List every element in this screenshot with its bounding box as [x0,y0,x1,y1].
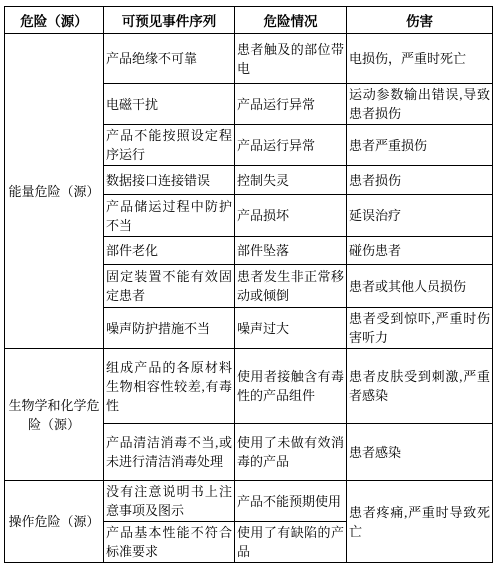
cell-hazardous-situation: 使用了未做有效消毒的产品 [235,424,347,481]
cell-hazardous-situation: 产品不能预期使用 [235,481,347,522]
header-harm: 伤害 [347,7,493,34]
cell-event-sequence: 数据接口连接错误 [104,166,235,195]
document-page: 危险（源） 可预见事件序列 危险情况 伤害 能量危险（源） 产品绝缘不可靠 患者… [0,0,497,563]
cell-harm: 患者严重损伤 [347,125,493,166]
group-label-bio-chemical-hazard: 生物学和化学危险（源） [5,349,104,481]
cell-harm: 延误治疗 [347,195,493,237]
cell-harm: 患者损伤 [347,166,493,195]
cell-event-sequence: 产品绝缘不可靠 [104,34,235,84]
cell-hazardous-situation: 患者发生非正常移动或倾倒 [235,265,347,308]
cell-hazardous-situation: 产品运行异常 [235,125,347,166]
cell-hazardous-situation: 噪声过大 [235,308,347,349]
cell-event-sequence: 噪声防护措施不当 [104,308,235,349]
cell-event-sequence: 产品清洁消毒不当,或未进行清洁消毒处理 [104,424,235,481]
cell-harm-merged: 患者疼痛,严重时导致死亡 [347,481,493,563]
table-row: 操作危险（源） 没有注意说明书上注意事项及图示 产品不能预期使用 患者疼痛,严重… [5,481,493,522]
cell-hazardous-situation: 使用了有缺陷的产品 [235,522,347,563]
cell-event-sequence: 产品储运过程中防护不当 [104,195,235,237]
header-hazardous-situation: 危险情况 [235,7,347,34]
cell-event-sequence: 部件老化 [104,237,235,265]
cell-harm: 碰伤患者 [347,237,493,265]
cell-event-sequence: 产品不能按照设定程序运行 [104,125,235,166]
cell-event-sequence: 组成产品的各原材料生物相容性较差,有毒性 [104,349,235,424]
group-label-operation-hazard: 操作危险（源） [5,481,104,563]
cell-event-sequence: 电磁干扰 [104,84,235,125]
cell-harm: 患者或其他人员损伤 [347,265,493,308]
cell-hazardous-situation: 产品运行异常 [235,84,347,125]
cell-hazardous-situation: 部件坠落 [235,237,347,265]
cell-hazardous-situation: 使用者接触含有毒性的产品组件 [235,349,347,424]
cell-event-sequence: 产品基本性能不符合标准要求 [104,522,235,563]
table-row: 能量危险（源） 产品绝缘不可靠 患者触及的部位带电 电损伤，严重时死亡 [5,34,493,84]
cell-hazardous-situation: 患者触及的部位带电 [235,34,347,84]
header-hazard-source: 危险（源） [5,7,104,34]
cell-harm: 电损伤，严重时死亡 [347,34,493,84]
group-label-energy-hazard: 能量危险（源） [5,34,104,349]
cell-harm: 患者感染 [347,424,493,481]
cell-hazardous-situation: 产品损坏 [235,195,347,237]
cell-harm: 运动参数输出错误,导致患者损伤 [347,84,493,125]
risk-analysis-table: 危险（源） 可预见事件序列 危险情况 伤害 能量危险（源） 产品绝缘不可靠 患者… [4,6,493,563]
header-row: 危险（源） 可预见事件序列 危险情况 伤害 [5,7,493,34]
cell-harm: 患者受到惊吓,严重时伤害听力 [347,308,493,349]
cell-hazardous-situation: 控制失灵 [235,166,347,195]
table-row: 生物学和化学危险（源） 组成产品的各原材料生物相容性较差,有毒性 使用者接触含有… [5,349,493,424]
cell-harm: 患者皮肤受到刺激,严重者感染 [347,349,493,424]
cell-event-sequence: 没有注意说明书上注意事项及图示 [104,481,235,522]
header-event-sequence: 可预见事件序列 [104,7,235,34]
cell-event-sequence: 固定装置不能有效固定患者 [104,265,235,308]
